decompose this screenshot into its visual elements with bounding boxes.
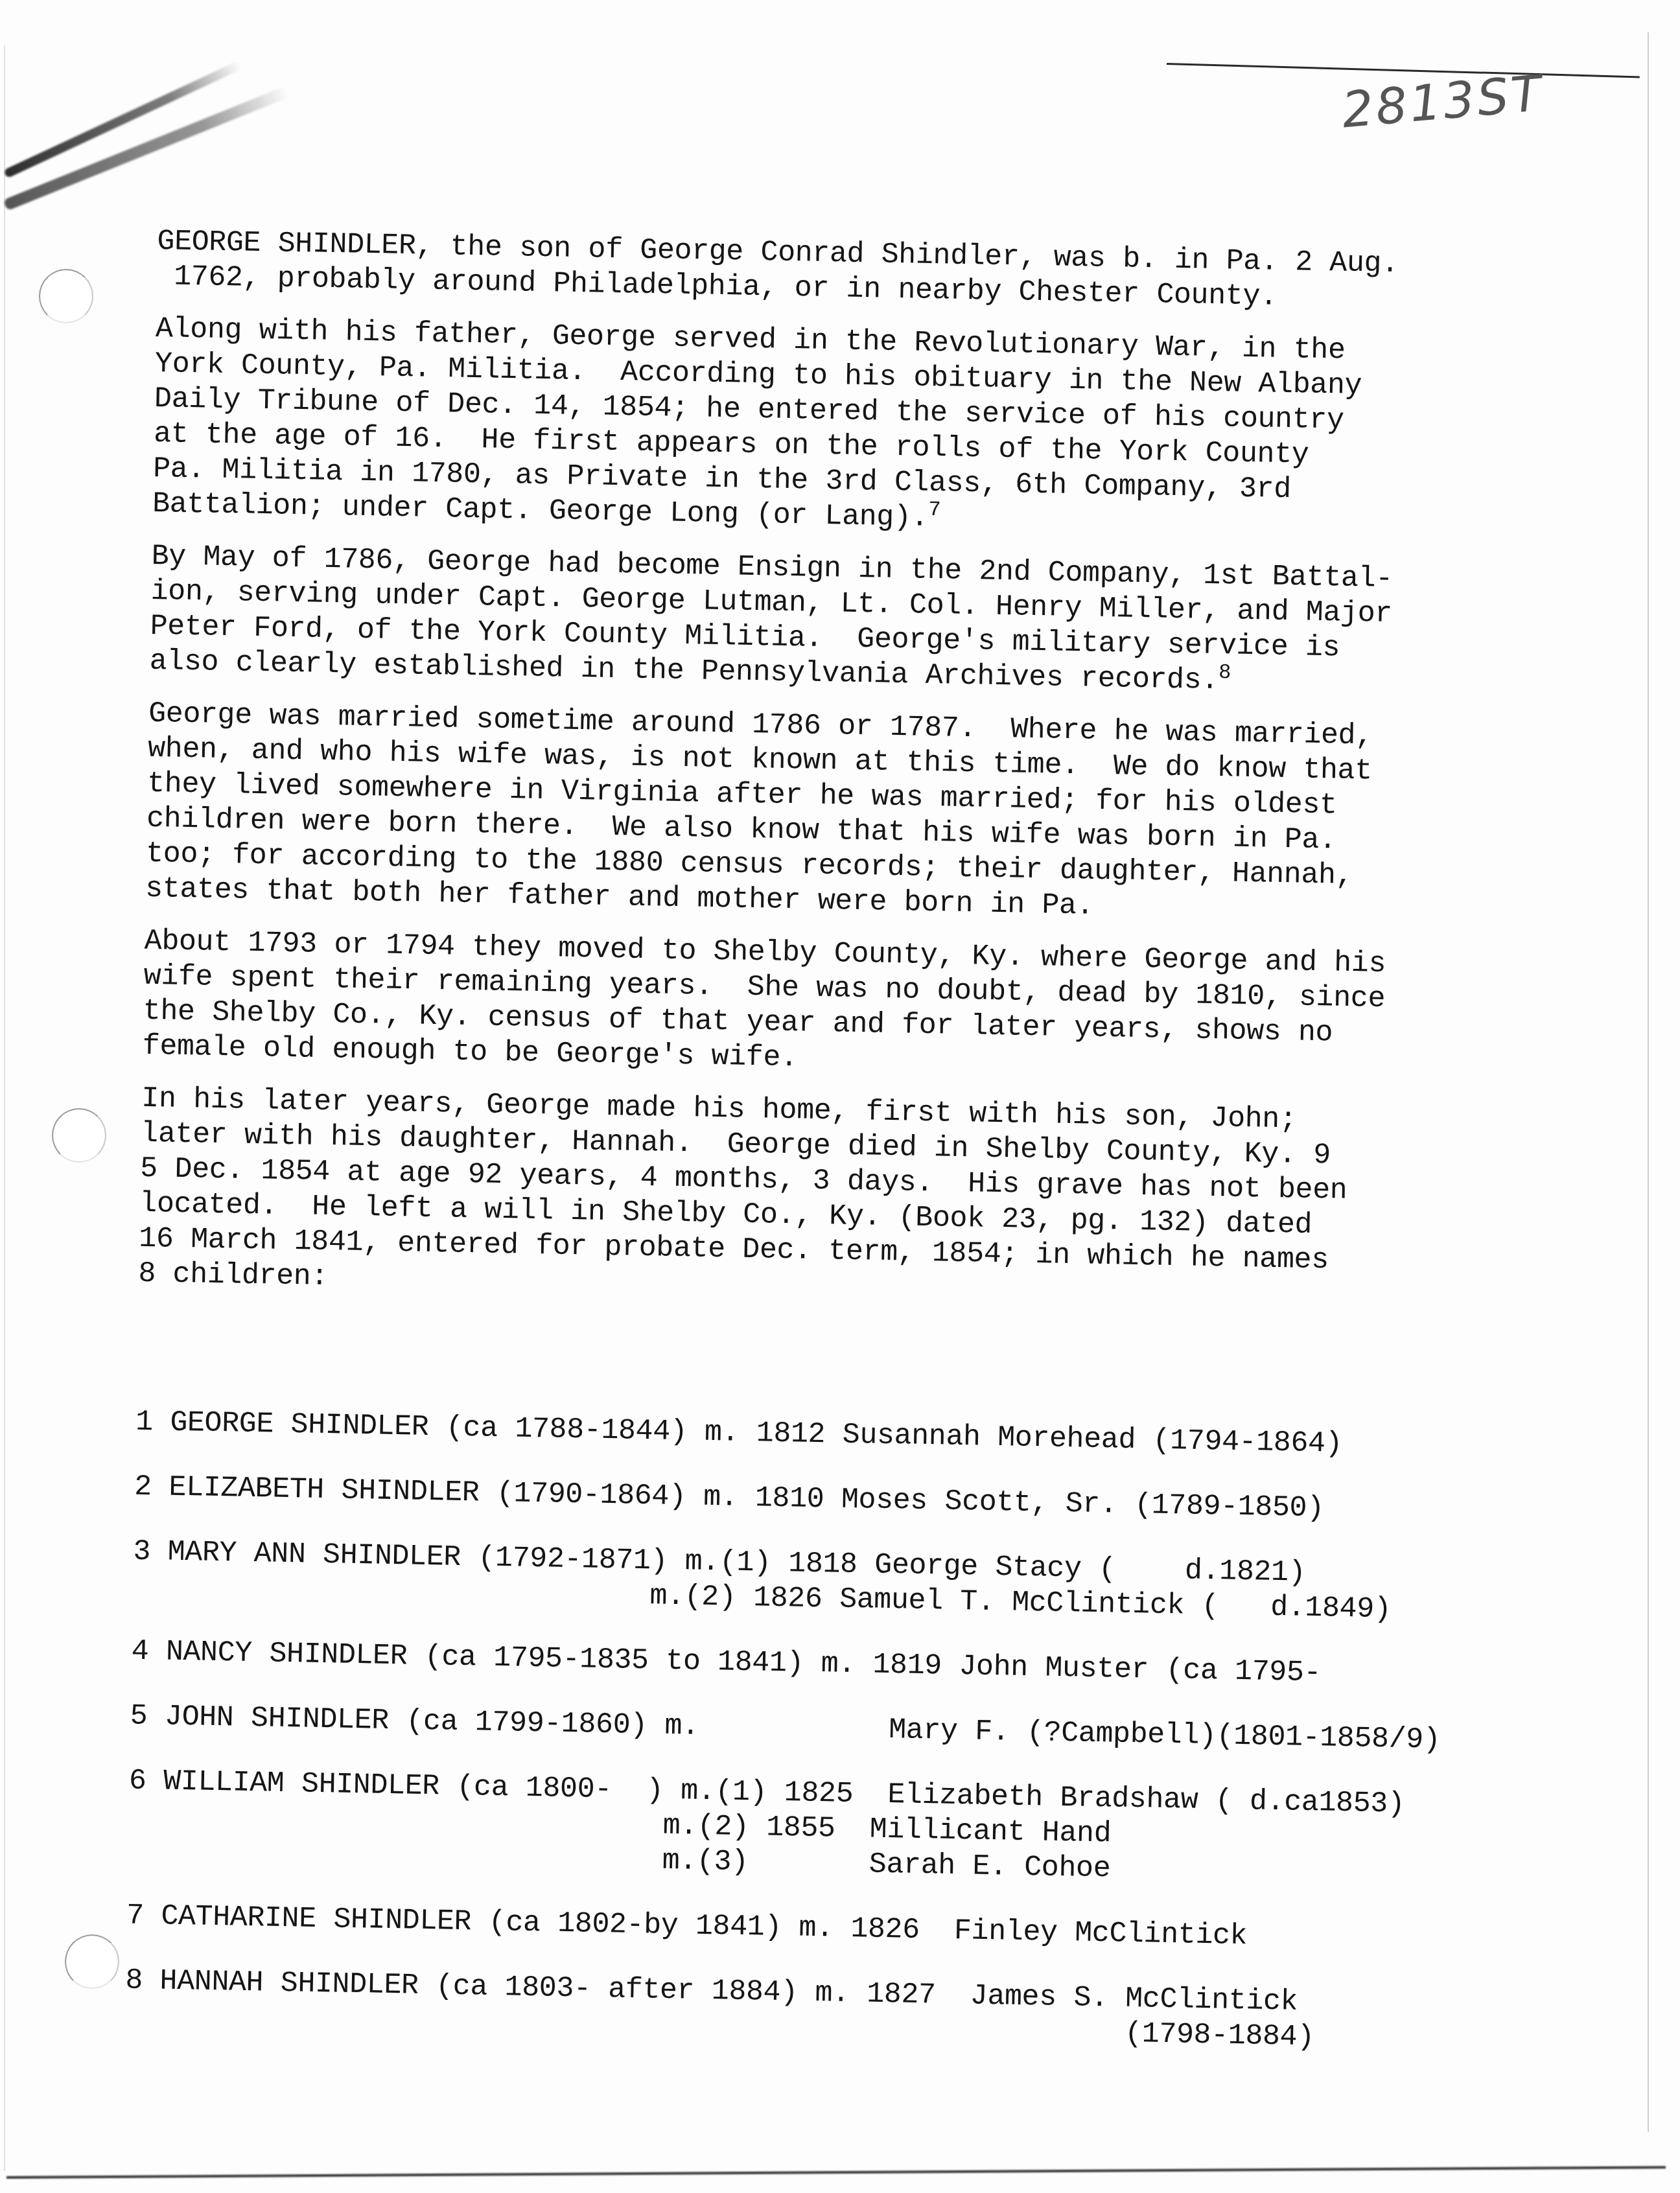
hole-punch-icon	[65, 1934, 119, 1989]
paragraph: By May of 1786, George had become Ensign…	[149, 539, 1591, 706]
scanned-page: 2813ST GEORGE SHINDLER, the son of Georg…	[0, 0, 1680, 2193]
hole-punch-icon	[52, 1108, 106, 1163]
page-edge-left	[4, 45, 5, 2171]
paragraph: In his later years, George made his home…	[138, 1082, 1581, 1318]
handwritten-document-id: 2813ST	[1340, 64, 1546, 139]
footnote-marker: 8	[1219, 660, 1231, 684]
paragraph: GEORGE SHINDLER, the son of George Conra…	[156, 224, 1596, 321]
paragraph: About 1793 or 1794 they moved to Shelby …	[142, 924, 1583, 1091]
page-edge-right	[1648, 32, 1649, 2132]
paragraph: Along with his father, George served in …	[152, 312, 1595, 548]
child-entry: 6 WILLIAM SHINDLER (ca 1800- ) m.(1) 182…	[127, 1764, 1568, 1925]
narrative-paragraphs: GEORGE SHINDLER, the son of George Conra…	[138, 224, 1596, 1317]
paragraph: George was married sometime around 1786 …	[145, 697, 1588, 933]
page-edge-bottom	[6, 2166, 1666, 2179]
footnote-marker: 7	[928, 498, 940, 522]
children-list: 1 GEORGE SHINDLER (ca 1788-1844) m. 1812…	[124, 1405, 1574, 2090]
typed-text-body: GEORGE SHINDLER, the son of George Conra…	[122, 154, 1598, 2159]
hole-punch-icon	[39, 269, 93, 323]
